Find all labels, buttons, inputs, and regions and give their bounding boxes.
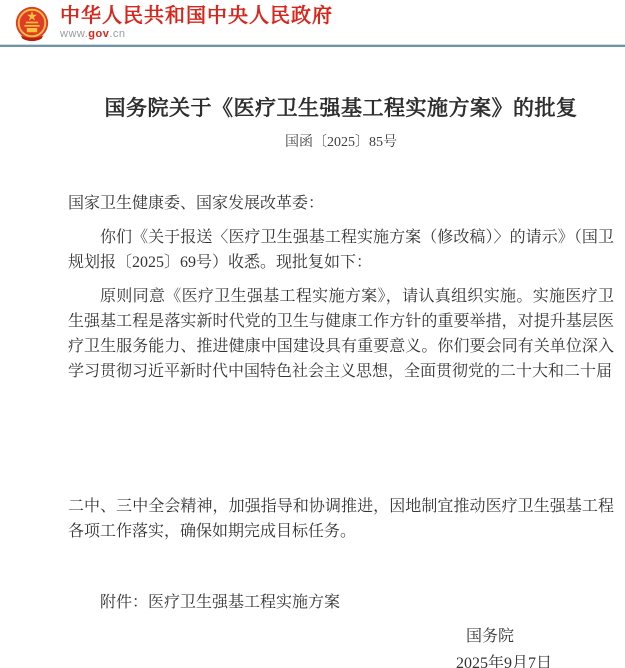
site-name: 中华人民共和国中央人民政府 bbox=[60, 5, 333, 27]
signature-block: 国务院 2025年9月7日 bbox=[68, 624, 614, 668]
page: 中华人民共和国中央人民政府 www.gov.cn 国务院关于《医疗卫生强基工程实… bbox=[0, 0, 625, 668]
site-logo[interactable]: 中华人民共和国中央人民政府 www.gov.cn bbox=[13, 5, 333, 43]
document-body: 国务院关于《医疗卫生强基工程实施方案》的批复 国函〔2025〕85号 国家卫生健… bbox=[0, 47, 625, 668]
document-title: 国务院关于《医疗卫生强基工程实施方案》的批复 bbox=[68, 93, 614, 123]
signer: 国务院 bbox=[68, 624, 614, 649]
site-url-suffix: .cn bbox=[109, 28, 125, 40]
site-header: 中华人民共和国中央人民政府 www.gov.cn bbox=[0, 0, 625, 44]
site-url-prefix: www. bbox=[60, 28, 88, 40]
attachment-line: 附件：医疗卫生强基工程实施方案 bbox=[68, 590, 614, 615]
site-url: www.gov.cn bbox=[60, 28, 333, 41]
signature-date: 2025年9月7日 bbox=[68, 653, 614, 668]
national-emblem-icon bbox=[13, 5, 51, 43]
brand-text: 中华人民共和国中央人民政府 www.gov.cn bbox=[60, 5, 333, 41]
paragraph: 原则同意《医疗卫生强基工程实施方案》，请认真组织实施。实施医疗卫生强基工程是落实… bbox=[68, 284, 614, 384]
document-column: 国务院关于《医疗卫生强基工程实施方案》的批复 国函〔2025〕85号 国家卫生健… bbox=[68, 93, 614, 668]
document-number: 国函〔2025〕85号 bbox=[68, 133, 614, 153]
paragraph: 你们《关于报送〈医疗卫生强基工程实施方案（修改稿）〉的请示》（国卫规划报〔202… bbox=[68, 225, 614, 275]
salutation-line: 国家卫生健康委、国家发展改革委： bbox=[68, 191, 614, 216]
paragraph: 二中、三中全会精神，加强指导和协调推进，因地制宜推动医疗卫生强基工程各项工作落实… bbox=[68, 494, 614, 544]
site-url-gov: gov bbox=[88, 28, 109, 40]
